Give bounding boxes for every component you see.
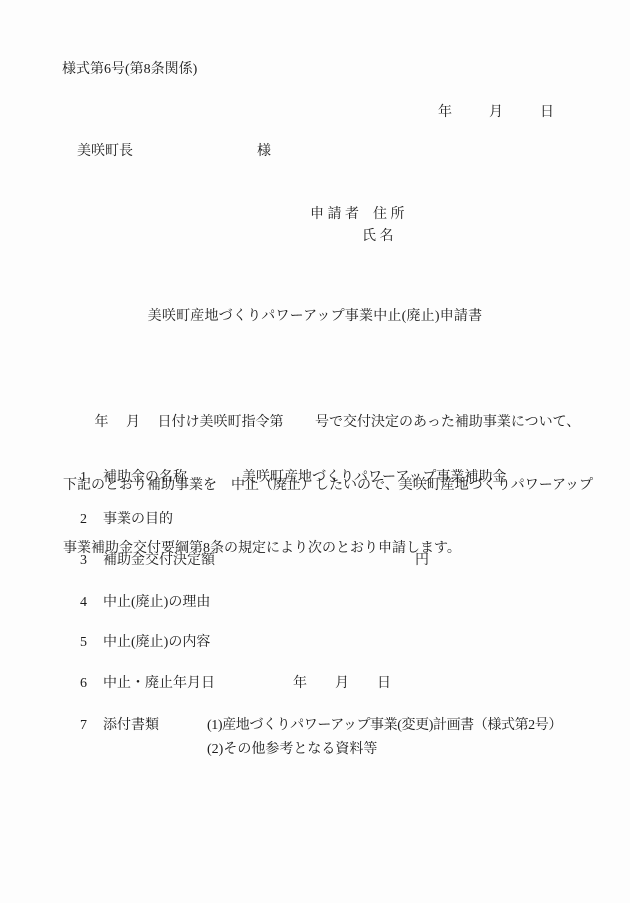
applicant-name-line: 氏 名 <box>362 230 394 244</box>
item-row-project-purpose: 2 事業の目的 <box>0 513 630 533</box>
item-number: 2 <box>80 513 87 527</box>
item-number: 1 <box>80 471 87 485</box>
body-line: 年 月 日付け美咲町指令第 号で交付決定のあった補助事業について、 <box>63 412 593 433</box>
item-number: 4 <box>80 596 87 610</box>
document-page: 様式第6号(第8条関係) 年 月 日 美咲町長 様 申 請 者 住 所 氏 名 … <box>0 0 630 903</box>
item-label: 補助金の名称 <box>103 471 187 485</box>
item-row-grant-amount: 3 補助金交付決定額 円 <box>0 554 630 574</box>
date-day-label: 日 <box>540 106 554 120</box>
addressee-honorific: 様 <box>257 145 271 159</box>
item-label: 補助金交付決定額 <box>103 554 215 568</box>
item-label: 添付書類 <box>103 719 159 733</box>
item-number: 5 <box>80 636 87 650</box>
item-row-attachments: 7 添付書類 (1)産地づくりパワーアップ事業(変更)計画書（様式第2号） (2… <box>0 719 630 763</box>
item-row-subsidy-name: 1 補助金の名称 美咲町産地づくりパワーアップ事業補助金 <box>0 471 630 491</box>
item-value: 円 <box>415 554 429 568</box>
applicant-address-line: 申 請 者 住 所 <box>310 208 405 222</box>
item-value: 年 月 日 <box>293 677 391 691</box>
date-line: 年 月 日 <box>438 106 554 120</box>
attachment-line-2: (2)その他参考となる資料等 <box>207 743 377 757</box>
item-label: 中止(廃止)の内容 <box>103 636 210 650</box>
attachment-line-1: (1)産地づくりパワーアップ事業(変更)計画書（様式第2号） <box>207 719 562 733</box>
item-number: 7 <box>80 719 87 733</box>
item-row-cancellation-date: 6 中止・廃止年月日 年 月 日 <box>0 677 630 697</box>
addressee-name: 美咲町長 <box>77 145 133 159</box>
item-number: 6 <box>80 677 87 691</box>
item-label: 事業の目的 <box>103 513 173 527</box>
document-title: 美咲町産地づくりパワーアップ事業中止(廃止)申請書 <box>0 310 630 324</box>
item-number: 3 <box>80 554 87 568</box>
item-value: 美咲町産地づくりパワーアップ事業補助金 <box>242 471 506 485</box>
form-number: 様式第6号(第8条関係) <box>62 63 197 77</box>
item-label: 中止・廃止年月日 <box>103 677 215 691</box>
item-row-cancellation-reason: 4 中止(廃止)の理由 <box>0 596 630 616</box>
item-label: 中止(廃止)の理由 <box>103 596 210 610</box>
date-month-label: 月 <box>489 106 503 120</box>
date-year-label: 年 <box>438 106 452 120</box>
item-row-cancellation-details: 5 中止(廃止)の内容 <box>0 636 630 656</box>
